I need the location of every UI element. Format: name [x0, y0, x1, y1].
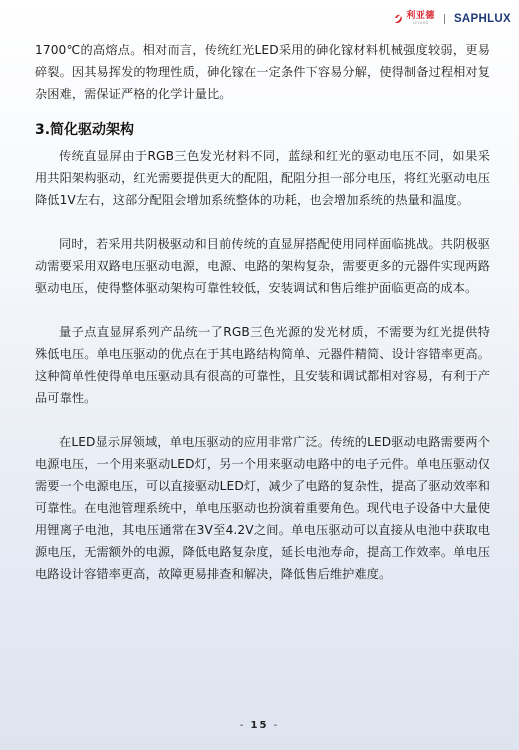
- leyard-logo-en: LEYARD: [413, 22, 429, 26]
- section-title: 3.简化驱动架构: [35, 119, 490, 141]
- paragraph-single-voltage: 在LED显示屏领域，单电压驱动的应用非常广泛。传统的LED驱动电路需要两个电源电…: [35, 431, 490, 585]
- paragraph-common-cathode: 同时，若采用共阴极驱动和目前传统的直显屏搭配使用同样面临挑战。共阴极驱动需要采用…: [35, 233, 490, 299]
- logo-divider: [444, 14, 445, 24]
- paragraph-spacer: [35, 409, 490, 431]
- leyard-logo-cn: 利亚德: [406, 12, 435, 21]
- page-number-value: 15: [251, 720, 269, 731]
- paragraph-quantum-dot: 量子点直显屏系列产品统一了RGB三色光源的发光材质，不需要为红光提供特殊低电压。…: [35, 321, 490, 409]
- intro-paragraph: 1700℃的高熔点。相对而言，传统红光LED采用的砷化镓材料机械强度较弱，更易碎…: [35, 39, 490, 105]
- saphlux-logo: SAPHLUX: [454, 13, 511, 25]
- page-header: 利亚德 LEYARD SAPHLUX: [394, 9, 511, 29]
- document-body: 1700℃的高熔点。相对而言，传统红光LED采用的砷化镓材料机械强度较弱，更易碎…: [35, 39, 490, 585]
- paragraph-common-anode: 传统直显屏由于RGB三色发光材料不同，蓝绿和红光的驱动电压不同，如果采用共阳架构…: [35, 145, 490, 211]
- paragraph-spacer: [35, 299, 490, 321]
- page-number: - 15 -: [0, 720, 519, 731]
- page-number-prefix: -: [240, 720, 251, 731]
- leyard-logo: 利亚德 LEYARD: [394, 12, 435, 26]
- leyard-mark-icon: [394, 13, 404, 25]
- paragraph-spacer: [35, 211, 490, 233]
- page-number-suffix: -: [268, 720, 279, 731]
